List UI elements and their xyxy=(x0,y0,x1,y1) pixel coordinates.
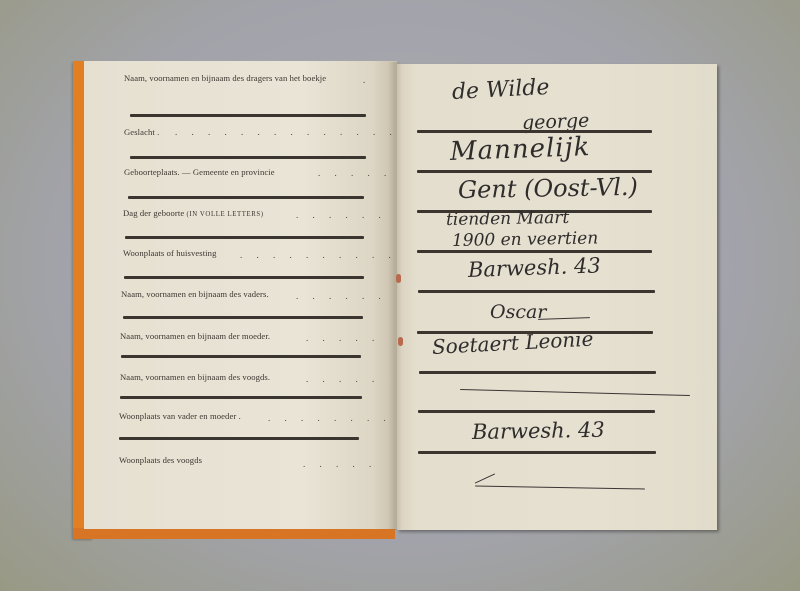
field-dots: . . . . . xyxy=(306,374,380,384)
field-label-guardian-residence: Woonplaats des voogds xyxy=(119,455,202,465)
handwritten-parents-residence: Barwesh. 43 xyxy=(472,418,605,444)
field-dots: . . . . . . xyxy=(296,291,387,301)
entry-rule xyxy=(417,250,652,253)
handwritten-surname: de Wilde xyxy=(451,75,550,105)
field-dots: . . . . . . . . . . . . . . . xyxy=(175,127,414,137)
handwritten-birthplace: Gent (Oost-Vl.) xyxy=(458,173,638,204)
field-rule xyxy=(119,437,359,440)
entry-rule xyxy=(418,290,655,293)
orange-cover-bottom-edge xyxy=(73,528,395,539)
handwritten-residence: Barwesh. 43 xyxy=(468,253,602,282)
handwritten-birth-date-line2: 1900 en veertien xyxy=(452,228,599,251)
entry-rule xyxy=(419,371,656,374)
field-label-parents-residence: Woonplaats van vader en moeder . xyxy=(119,411,241,421)
entry-rule xyxy=(418,451,656,454)
field-dots: . . . . . xyxy=(306,333,380,343)
field-label-birth-date: Dag der geboorte (IN VOLLE LETTERS) xyxy=(123,208,264,218)
field-rule xyxy=(128,196,364,199)
field-rule xyxy=(123,316,363,319)
entry-rule xyxy=(417,170,652,173)
field-label-bearer-name: Naam, voornamen en bijnaam des dragers v… xyxy=(124,73,326,83)
field-label-father: Naam, voornamen en bijnaam des vaders. xyxy=(121,289,269,299)
field-label-mother: Naam, voornamen en bijnaam der moeder. xyxy=(120,331,270,341)
field-label-birthplace: Geboorteplaats. — Gemeente en provincie xyxy=(124,167,275,177)
field-dots: . . . . . xyxy=(318,168,392,178)
staple xyxy=(398,337,403,346)
field-rule xyxy=(124,276,364,279)
field-dots: . . . . . . . . xyxy=(268,413,392,423)
label-smallcaps: (IN VOLLE LETTERS) xyxy=(187,211,264,218)
gutter-shadow xyxy=(388,62,402,530)
staple xyxy=(396,274,401,283)
field-label-guardian: Naam, voornamen en bijnaam des voogds. xyxy=(120,372,270,382)
field-dots: . . . . . . xyxy=(296,210,387,220)
field-dots: . . . . . xyxy=(303,459,377,469)
open-booklet: Naam, voornamen en bijnaam des dragers v… xyxy=(0,0,800,591)
handwritten-sex: Mannelijk xyxy=(449,132,590,167)
entry-rule xyxy=(418,410,655,413)
field-rule xyxy=(130,156,366,159)
field-rule xyxy=(120,396,362,399)
field-rule xyxy=(130,114,366,117)
field-label-sex: Geslacht . xyxy=(124,127,159,137)
handwritten-birth-date-line1: tienden Maart xyxy=(446,208,570,230)
field-dots: . xyxy=(363,75,371,85)
field-label-residence: Woonplaats of huisvesting xyxy=(123,248,216,258)
field-rule xyxy=(125,236,364,239)
field-dots: . . . . . . . . . . xyxy=(240,250,397,260)
field-rule xyxy=(121,355,361,358)
entry-rule xyxy=(417,130,652,133)
label-text: Dag der geboorte xyxy=(123,208,187,218)
